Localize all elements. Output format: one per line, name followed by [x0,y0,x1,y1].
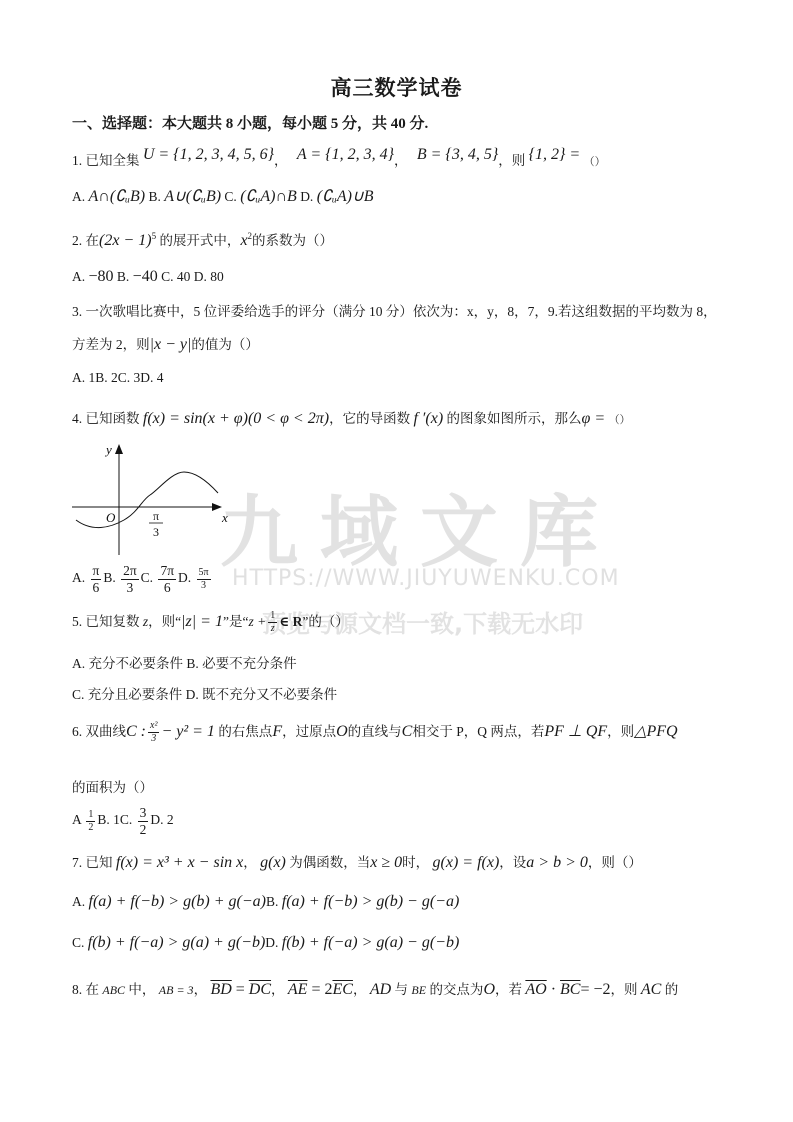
option-d[interactable]: 80 [210,269,224,284]
exam-page: 九域文库 HTTPS://WWW.JIUYUWENKU.COM 预览与源文档一致… [0,0,793,1122]
option-b[interactable]: f(a) + f(−b) > g(b) − g(−a) [282,893,460,910]
svg-text:y: y [104,442,112,457]
option-c[interactable]: 32 [138,806,149,836]
question-5-options-row2: C. 充分且必要条件 D. 既不充分又不必要条件 [72,683,337,703]
option-d[interactable]: 2 [167,812,174,827]
question-4-stem: 4. 已知函数 f(x) = sin(x + φ)(0 < φ < 2π)，它的… [72,407,631,428]
question-6-stem-line2: 的面积为（） [72,776,153,796]
question-5-stem: 5. 已知复数 z，则“|z| = 1”是“z +1z∈ R”的（） [72,610,349,634]
option-a[interactable]: 12 [86,810,95,833]
question-3-stem-line2: 方差为 2，则|x − y|的值为（） [72,333,259,354]
svg-text:3: 3 [153,525,159,539]
question-4-options: A. π6B. 2π3C. 7π6D. 5π3 [72,564,213,594]
sine-curve-graph: y x O π 3 [72,440,232,558]
option-c[interactable]: f(b) + f(−a) > g(a) + g(−b) [88,934,266,951]
question-1-options: A. A∩(∁ᵤB) B. A∪(∁ᵤB) C. (∁ᵤA)∩B D. (∁ᵤA… [72,186,373,206]
option-d[interactable]: f(b) + f(−a) > g(a) − g(−b) [282,934,460,951]
svg-text:O: O [106,510,116,525]
option-c[interactable]: (∁ᵤA)∩B [240,188,297,205]
page-title: 高三数学试卷 [0,72,793,102]
option-b[interactable]: 2 [111,370,118,385]
option-c[interactable]: 充分且必要条件 [88,687,183,702]
option-a[interactable]: f(a) + f(−b) > g(b) + g(−a) [89,893,267,910]
question-1-stem: 1. 已知全集 U = {1, 2, 3, 4, 5, 6}， A = {1, … [72,146,606,169]
svg-text:x: x [221,510,228,525]
option-a[interactable]: π6 [91,564,102,594]
question-3-options: A. 1B. 2C. 3D. 4 [72,370,164,386]
option-d[interactable]: 既不充分又不必要条件 [202,687,337,702]
watermark-url: HTTPS://WWW.JIUYUWENKU.COM [232,566,620,591]
question-7-options-row2: C. f(b) + f(−a) > g(a) + g(−b)D. f(b) + … [72,934,459,952]
question-2-stem: 2. 在(2x − 1)5 的展开式中，x2的系数为（） [72,229,333,250]
option-b[interactable]: 2π3 [121,564,139,594]
question-7-stem: 7. 已知 f(x) = x³ + x − sin x， g(x) 为偶函数，当… [72,851,642,872]
option-d[interactable]: (∁ᵤA)∪B [317,188,374,205]
option-a[interactable]: −80 [89,268,114,285]
option-a[interactable]: 充分不必要条件 [89,656,184,671]
option-b[interactable]: 1 [113,812,120,827]
question-7-options-row1: A. f(a) + f(−b) > g(b) + g(−a)B. f(a) + … [72,893,459,911]
svg-text:π: π [153,509,159,523]
derivative-graph-figure: y x O π 3 [72,440,232,558]
question-6-options: A 12B. 1C. 32D. 2 [72,806,174,836]
question-8-stem: 8. 在 ABC 中， AB = 3， BD = DC， AE = 2EC， A… [72,978,678,999]
section-heading: 一、选择题：本大题共 8 小题，每小题 5 分，共 40 分. [72,112,428,133]
option-c[interactable]: 7π6 [158,564,176,594]
option-b[interactable]: A∪(∁ᵤB) [164,188,221,205]
question-2-options: A. −80 B. −40 C. 40 D. 80 [72,268,224,286]
option-d[interactable]: 5π3 [197,568,211,591]
option-c[interactable]: 40 [177,269,191,284]
question-6-stem: 6. 双曲线C :x²3− y² = 1 的右焦点F，过原点O的直线与C相交于 … [72,720,678,744]
option-a[interactable]: A∩(∁ᵤB) [89,188,146,205]
option-b[interactable]: −40 [133,268,158,285]
question-5-options-row1: A. 充分不必要条件 B. 必要不充分条件 [72,652,297,672]
option-d[interactable]: 4 [157,370,164,385]
option-b[interactable]: 必要不充分条件 [202,656,297,671]
question-3-stem-line1: 3. 一次歌唱比赛中，5 位评委给选手的评分（满分 10 分）依次为：x，y，8… [72,300,717,320]
